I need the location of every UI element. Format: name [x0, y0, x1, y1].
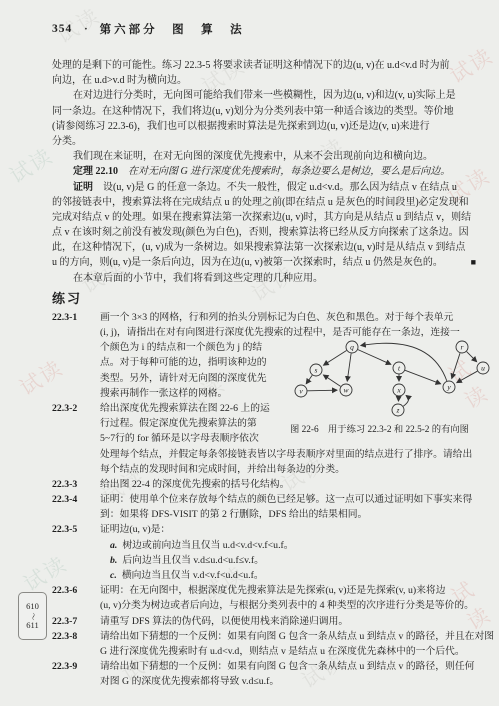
- exercise-line: 请给出如下猜想的一个反例：如果有向图 G 包含一条从结点 u 到结点 v 的路径…: [100, 659, 482, 674]
- graph-edge-r-u: [467, 352, 477, 362]
- graph-node-w: w: [340, 384, 352, 396]
- exercise-line: 处理每个结点，并假定每条邻接链表皆以字母表顺序对里面的结点进行了排序。请给出: [100, 447, 482, 462]
- exercise-number: 22.3-4: [52, 492, 77, 507]
- graph-edge-z-x: [403, 395, 408, 406]
- text-line: 的邻接链表中，搜索算法将在完成结点 u 的处理之前(即在结点 u 是灰色的时间段…: [52, 195, 482, 210]
- proof-text: 设(u, v)是 G 的任意一条边。不失一般性，假定 u.d<v.d。那么因为结…: [103, 182, 457, 193]
- svg-text:x: x: [396, 386, 401, 395]
- theorem-text: 在对无向图 G 进行深度优先搜索时，每条边要么是树边，要么是后向边。: [128, 166, 450, 177]
- graph-node-y: y: [443, 381, 455, 393]
- exercise-line: 每个结点的发现时间和完成时间，并给出每条边的分类。: [100, 462, 482, 477]
- graph-node-u: u: [477, 362, 489, 374]
- header-bullet: ·: [84, 24, 87, 35]
- exercise-number: 22.3-8: [52, 629, 77, 644]
- graph-node-t: t: [393, 362, 405, 374]
- running-title: 第六部分 图 算 法: [100, 21, 245, 37]
- proof-last-line: u 的方向，则(u, v)是一条后向边，因为在边(u, v)被第一次探索时，结点…: [52, 255, 482, 270]
- graph-node-v: v: [295, 385, 307, 397]
- watermark: 试读: [4, 140, 59, 190]
- exercise-22-3-9: 22.3-9 请给出如下猜想的一个反例：如果有向图 G 包含一条从结点 u 到结…: [52, 659, 482, 689]
- qed-marker: ■: [471, 255, 482, 270]
- graph-edge-q-w: [347, 353, 351, 381]
- theorem-label: 定理 22.10: [73, 166, 118, 177]
- graph-edge-t-y: [405, 370, 441, 383]
- graph-node-z: z: [392, 404, 404, 416]
- svg-text:w: w: [343, 386, 348, 395]
- exercise-line: 证明：使用单个位来存放每个结点的颜色已经足够。这一点可以通过证明如下事实来得: [100, 492, 482, 507]
- text-line: 完成对结点 v 的处理。如果在搜索算法第一次探索边(u, v)时，其方向是从结点…: [52, 210, 482, 225]
- graph-edge-u-y: [457, 371, 477, 382]
- exercise-22-3-3: 22.3-3 给出图 22-4 的深度优先搜索的括号化结构。: [52, 477, 482, 492]
- exercise-number: 22.3-6: [52, 583, 77, 598]
- graph-edge-q-t: [358, 350, 391, 365]
- graph-edge-r-y: [452, 353, 460, 378]
- graph-node-s: s: [310, 364, 322, 376]
- text-line: 在本章后面的小节中，我们将看到这些定理的几种应用。: [52, 271, 482, 286]
- exercise-line: 证明：在无向图中，根据深度优先搜索算法是先探索(u, v)还是先探索(v, u)…: [100, 583, 482, 598]
- exercise-22-3-8: 22.3-8 请给出如下猜想的一个反例：如果有向图 G 包含一条从结点 u 到结…: [52, 629, 482, 659]
- exercise-line: (u, v)分类为树边或者后向边，与根据分类列表中的 4 种类型的次序进行分类是…: [100, 598, 482, 613]
- proof-label: 证明: [73, 182, 93, 193]
- exercise-line: 到：如果将 DFS-VISIT 的第 2 行删除，DFS 给出的结果相同。: [100, 507, 482, 522]
- exercise-number: 22.3-1: [52, 310, 77, 325]
- exercise-number: 22.3-3: [52, 477, 77, 492]
- exercise-subitem: a.树边或前向边当且仅当 u.d<v.d<v.f<u.f。: [100, 538, 482, 553]
- text-line: 分类。: [52, 134, 482, 149]
- exercises-heading: 练习: [52, 291, 482, 308]
- exercise-line: 证明边(u, v)是：: [100, 522, 482, 537]
- text-line: 在对边进行分类时，无向图可能给我们带来一些模糊性，因为边(u, v)和边(v, …: [52, 88, 482, 103]
- graph-edge-w-s: [323, 375, 340, 386]
- exercise-subitem: b.后向边当且仅当 v.d≤u.d<u.f≤v.f。: [100, 553, 482, 568]
- text-line: u 的方向，则(u, v)是一条后向边，因为在边(u, v)被第一次探索时，结点…: [52, 255, 443, 270]
- page-number: 354: [52, 23, 72, 35]
- margin-page-bottom: 611: [26, 621, 38, 631]
- text-line: 点 v 在该时刻之前没有被发现(颜色为白色)，否则，搜索算法将已经从反方向探索了…: [52, 225, 482, 240]
- graph-node-x: x: [393, 384, 405, 396]
- exercise-22-3-4: 22.3-4 证明：使用单个位来存放每个结点的颜色已经足够。这一点可以通过证明如…: [52, 492, 482, 522]
- subitem-text: 树边或前向边当且仅当 u.d<v.d<v.f<u.f。: [122, 540, 293, 551]
- text-line: (请参阅练习 22.3-6)，我们也可以根据搜索时算法是先探索到边(u, v)还…: [52, 119, 482, 134]
- margin-page-range: 610 〜 611: [18, 592, 47, 640]
- svg-text:y: y: [446, 383, 451, 392]
- exercise-22-3-7: 22.3-7 请重写 DFS 算法的伪代码，以便使用栈来消除递归调用。: [52, 614, 482, 629]
- graph-node-q: q: [346, 341, 358, 353]
- subitem-text: 横向边当且仅当 v.d<v.f<u.d<u.f。: [122, 570, 264, 581]
- svg-text:s: s: [315, 366, 318, 375]
- exercise-number: 22.3-5: [52, 522, 77, 537]
- graph-node-r: r: [456, 341, 468, 353]
- svg-text:z: z: [396, 406, 400, 415]
- text-line: 同一条边。在这种情况下，我们将边(u, v)划分为分类列表中第一种适合该边的类型…: [52, 104, 482, 119]
- figure-22-6: qrstuvwxyz: [280, 322, 495, 420]
- svg-text:u: u: [481, 364, 485, 373]
- exercise-line: 给出图 22-4 的深度优先搜索的括号化结构。: [100, 477, 482, 492]
- text-line: 此，在这种情况下，(u, v)成为一条树边。如果搜索算法第一次探索边(u, v)…: [52, 240, 482, 255]
- proof-line: 证明 设(u, v)是 G 的任意一条边。不失一般性，假定 u.d<v.d。那么…: [52, 180, 482, 195]
- figure-caption: 图 22-6 用于练习 22.3-2 和 22.5-2 的有向图: [262, 421, 497, 435]
- exercise-number: 22.3-7: [52, 614, 77, 629]
- page-header: 354 · 第六部分 图 算 法: [52, 21, 245, 37]
- exercise-number: 22.3-2: [52, 401, 77, 416]
- svg-text:r: r: [461, 343, 464, 352]
- subitem-letter: a.: [110, 540, 117, 551]
- graph-edge-v-w: [307, 390, 337, 391]
- exercise-subitem: c.横向边当且仅当 v.d<v.f<u.d<u.f。: [100, 568, 482, 583]
- book-page: 试读 试读 试读 试读 试读 试读 试读 试读 试读 试读 试读 试读 试读 试…: [0, 0, 499, 706]
- text-line: 处理的是剩下的可能性。练习 22.3-5 将要求读者证明这种情况下的边(u, v…: [52, 58, 482, 73]
- margin-page-top: 610: [26, 602, 39, 612]
- graph-edge-s-v: [306, 375, 312, 383]
- graph-edge-q-s: [324, 350, 347, 365]
- exercise-line: G 进行深度优先搜索时有 u.d<v.d，则结点 v 是结点 u 在深度优先森林…: [100, 644, 482, 659]
- exercise-line: 请重写 DFS 算法的伪代码，以便使用栈来消除递归调用。: [100, 614, 482, 629]
- figure-graph: qrstuvwxyz: [280, 322, 495, 420]
- exercise-line: 请给出如下猜想的一个反例：如果有向图 G 包含一条从结点 u 到结点 v 的路径…: [100, 629, 482, 644]
- exercise-22-3-5: 22.3-5 证明边(u, v)是： a.树边或前向边当且仅当 u.d<v.d<…: [52, 522, 482, 583]
- text-line: 向边，在 u.d>v.d 时为横向边。: [52, 73, 482, 88]
- svg-text:q: q: [350, 343, 354, 352]
- subitem-text: 后向边当且仅当 v.d≤u.d<u.f≤v.f。: [122, 555, 264, 566]
- subitem-letter: b.: [110, 555, 117, 566]
- theorem-line: 定理 22.10 在对无向图 G 进行深度优先搜索时，每条边要么是树边，要么是后…: [52, 164, 482, 179]
- exercise-22-3-6: 22.3-6 证明：在无向图中，根据深度优先搜索算法是先探索(u, v)还是先探…: [52, 583, 482, 613]
- text-line: 我们现在来证明，在对无向图的深度优先搜索中，从来不会出现前向边和横向边。: [52, 149, 482, 164]
- subitem-letter: c.: [110, 570, 117, 581]
- exercise-number: 22.3-9: [52, 659, 77, 674]
- margin-range-wave: 〜: [28, 612, 37, 620]
- graph-edge-y-q: [361, 343, 447, 381]
- exercise-line: 对图 G 的深度优先搜索都将导致 v.d≤u.f。: [100, 674, 482, 689]
